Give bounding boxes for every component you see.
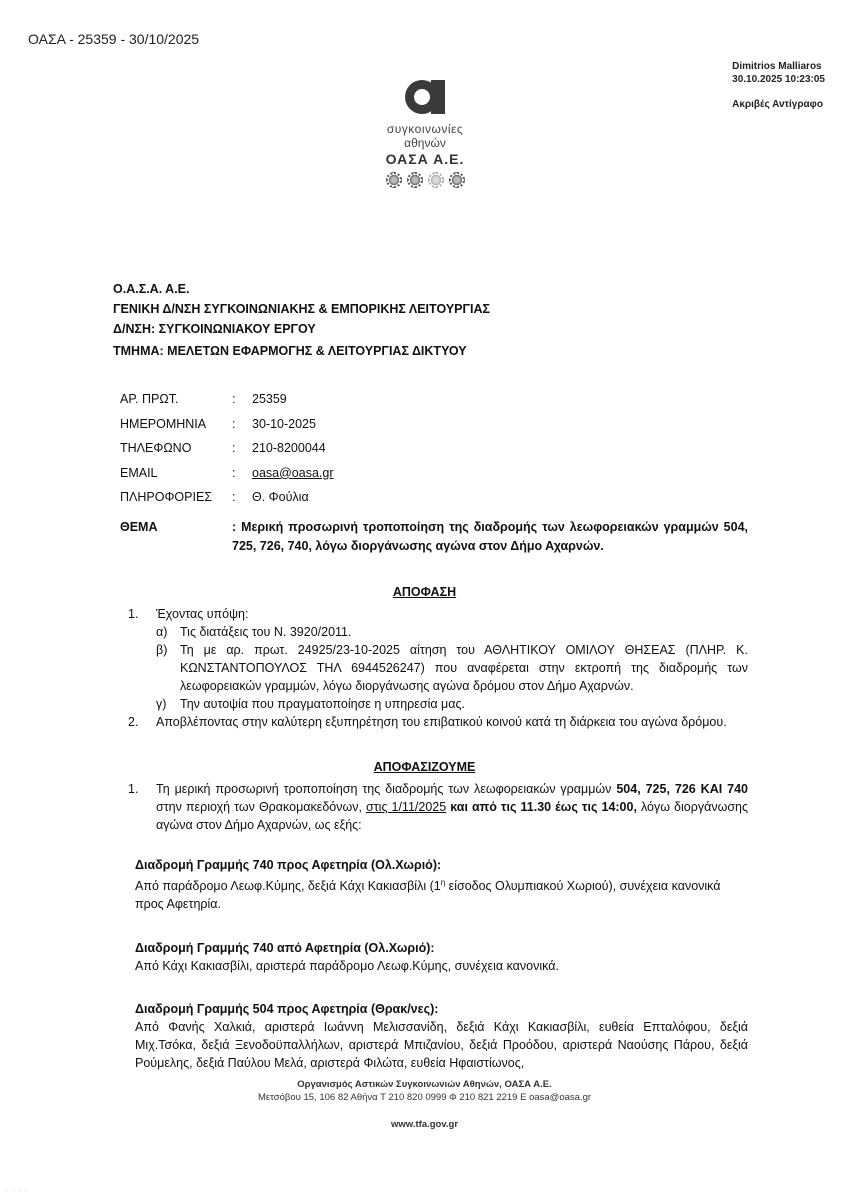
seals-row	[360, 172, 490, 188]
true-copy-label: Ακριβές Αντίγραφο	[732, 98, 825, 111]
seal-icon	[386, 172, 402, 188]
sub-letter: α)	[156, 623, 180, 641]
meta-row-email: EMAIL : oasa@oasa.gr	[120, 461, 334, 486]
item-number: 1.	[128, 605, 156, 713]
item-number: 2.	[128, 713, 156, 731]
logo-line-3: ΟΑΣΑ Α.Ε.	[360, 150, 490, 168]
sub-text: Τις διατάξεις του Ν. 3920/2011.	[180, 623, 748, 641]
footer-address: Μετσόβου 15, 106 82 Αθήνα Τ 210 820 0999…	[0, 1091, 849, 1104]
signer-name: Dimitrios Malliaros	[732, 60, 825, 73]
meta-colon: :	[232, 490, 252, 504]
sub-letter: γ)	[156, 695, 180, 713]
document-reference: ΟΑΣΑ - 25359 - 30/10/2025	[28, 31, 199, 47]
seal-icon	[428, 172, 444, 188]
document-metadata: ΑΡ. ΠΡΩΤ. : 25359 ΗΜΕΡΟΜΗΝΙΑ : 30-10-202…	[120, 387, 334, 510]
sub-item: α) Τις διατάξεις του Ν. 3920/2011.	[156, 623, 748, 641]
seal-icon	[449, 172, 465, 188]
page-mark: · · · ·	[6, 1188, 28, 1195]
meta-row-info: ΠΛΗΡΟΦΟΡΙΕΣ : Θ. Φούλια	[120, 485, 334, 510]
route-504-to-terminal: Διαδρομή Γραμμής 504 προς Αφετηρία (Θρακ…	[135, 1000, 748, 1072]
signature-datetime: 30.10.2025 10:23:05	[732, 73, 825, 86]
route-740-from-terminal: Διαδρομή Γραμμής 740 από Αφετηρία (Ολ.Χω…	[135, 939, 748, 975]
sub-letter: β)	[156, 641, 180, 695]
meta-value: Θ. Φούλια	[252, 490, 309, 504]
route-text: Από Κάχι Κακιασβίλι, αριστερά παράδρομο …	[135, 957, 748, 975]
route-title: Διαδρομή Γραμμής 740 προς Αφετηρία (Ολ.Χ…	[135, 856, 748, 874]
meta-colon: :	[232, 392, 252, 406]
footer-website[interactable]: www.tfa.gov.gr	[0, 1118, 849, 1131]
decision-heading: ΑΠΟΦΑΣΗ	[0, 585, 849, 599]
meta-label: EMAIL	[120, 466, 232, 480]
item-number: 1.	[128, 780, 156, 834]
sub-item: β) Τη με αρ. πρωτ. 24925/23-10-2025 αίτη…	[156, 641, 748, 695]
email-link[interactable]: oasa@oasa.gr	[252, 466, 334, 480]
logo-line-1: συγκοινωνίες	[360, 122, 490, 136]
seal-icon	[407, 172, 423, 188]
oasa-logo: συγκοινωνίες αθηνών ΟΑΣΑ Α.Ε.	[360, 78, 490, 188]
resolution-list: 1. Τη μερική προσωρινή τροποποίηση της δ…	[128, 780, 748, 834]
meta-label: ΤΗΛΕΦΩΝΟ	[120, 441, 232, 455]
digital-signature: Dimitrios Malliaros 30.10.2025 10:23:05 …	[732, 60, 825, 111]
oasa-alpha-logo-icon	[401, 78, 449, 114]
directorate: Δ/ΝΣΗ: ΣΥΓΚΟΙΝΩΝΙΑΚΟΥ ΕΡΓΟΥ	[113, 319, 490, 339]
consideration-1: 1. Έχοντας υπόψη: α) Τις διατάξεις του Ν…	[128, 605, 748, 713]
resolution-text: Τη μερική προσωρινή τροποποίηση της διαδ…	[156, 780, 748, 834]
organization-name: Ο.Α.Σ.Α. Α.Ε.	[113, 279, 490, 299]
meta-colon: :	[232, 417, 252, 431]
subject-text: : Μερική προσωρινή τροποποίηση της διαδρ…	[232, 518, 748, 556]
item-text: Αποβλέποντας στην καλύτερη εξυπηρέτηση τ…	[156, 713, 748, 731]
route-title: Διαδρομή Γραμμής 740 από Αφετηρία (Ολ.Χω…	[135, 939, 748, 957]
meta-label: ΗΜΕΡΟΜΗΝΙΑ	[120, 417, 232, 431]
logo-line-2: αθηνών	[360, 136, 490, 150]
meta-value: 30-10-2025	[252, 417, 316, 431]
route-text: Από παράδρομο Λεωφ.Κύμης, δεξιά Κάχι Κακ…	[135, 874, 748, 913]
consideration-2: 2. Αποβλέποντας στην καλύτερη εξυπηρέτησ…	[128, 713, 748, 731]
subject-label: ΘΕΜΑ	[120, 518, 232, 556]
section: ΤΜΗΜΑ: ΜΕΛΕΤΩΝ ΕΦΑΡΜΟΓΗΣ & ΛΕΙΤΟΥΡΓΙΑΣ Δ…	[113, 341, 490, 361]
meta-value: 25359	[252, 392, 287, 406]
meta-row-phone: ΤΗΛΕΦΩΝΟ : 210-8200044	[120, 436, 334, 461]
resolution-heading: ΑΠΟΦΑΣΙΖΟΥΜΕ	[0, 760, 849, 774]
sub-item: γ) Την αυτοψία που πραγματοποίησε η υπηρ…	[156, 695, 748, 713]
meta-label: ΑΡ. ΠΡΩΤ.	[120, 392, 232, 406]
general-directorate: ΓΕΝΙΚΗ Δ/ΝΣΗ ΣΥΓΚΟΙΝΩΝΙΑΚΗΣ & ΕΜΠΟΡΙΚΗΣ …	[113, 299, 490, 319]
subject: ΘΕΜΑ : Μερική προσωρινή τροποποίηση της …	[120, 518, 748, 556]
meta-label: ΠΛΗΡΟΦΟΡΙΕΣ	[120, 490, 232, 504]
footer: Οργανισμός Αστικών Συγκοινωνιών Αθηνών, …	[0, 1078, 849, 1131]
resolution-1: 1. Τη μερική προσωρινή τροποποίηση της δ…	[128, 780, 748, 834]
route-text: Από Φανής Χαλκιά, αριστερά Ιωάννη Μελισσ…	[135, 1018, 748, 1072]
event-date: στις 1/11/2025	[366, 800, 446, 814]
item-text: Έχοντας υπόψη:	[156, 605, 748, 623]
footer-organization: Οργανισμός Αστικών Συγκοινωνιών Αθηνών, …	[0, 1078, 849, 1091]
meta-colon: :	[232, 466, 252, 480]
sub-text: Τη με αρ. πρωτ. 24925/23-10-2025 αίτηση …	[180, 641, 748, 695]
considerations-list: 1. Έχοντας υπόψη: α) Τις διατάξεις του Ν…	[128, 605, 748, 731]
route-title: Διαδρομή Γραμμής 504 προς Αφετηρία (Θρακ…	[135, 1000, 748, 1018]
route-740-to-terminal: Διαδρομή Γραμμής 740 προς Αφετηρία (Ολ.Χ…	[135, 856, 748, 913]
sub-text: Την αυτοψία που πραγματοποίησε η υπηρεσί…	[180, 695, 748, 713]
meta-colon: :	[232, 441, 252, 455]
meta-row-protocol: ΑΡ. ΠΡΩΤ. : 25359	[120, 387, 334, 412]
department-header: Ο.Α.Σ.Α. Α.Ε. ΓΕΝΙΚΗ Δ/ΝΣΗ ΣΥΓΚΟΙΝΩΝΙΑΚΗ…	[113, 279, 490, 361]
meta-value: 210-8200044	[252, 441, 326, 455]
event-time: και από τις 11.30 έως τις 14:00,	[446, 800, 637, 814]
bus-lines: 504, 725, 726 ΚΑΙ 740	[616, 782, 748, 796]
meta-row-date: ΗΜΕΡΟΜΗΝΙΑ : 30-10-2025	[120, 412, 334, 437]
